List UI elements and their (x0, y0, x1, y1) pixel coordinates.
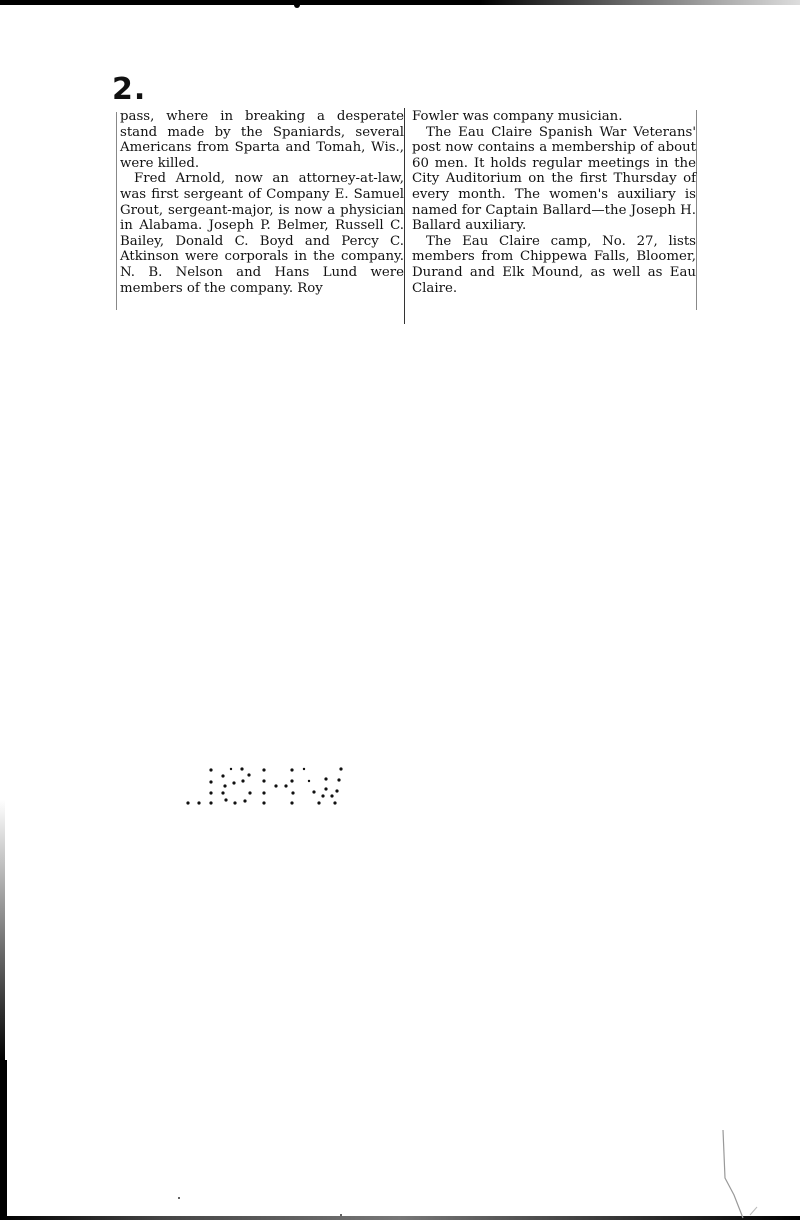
paragraph: The Eau Claire camp, No. 27, lists membe… (412, 234, 696, 296)
paper-crease (720, 1130, 800, 1220)
perforation-stamp (186, 765, 346, 809)
paragraph: Fowler was company musician. (412, 109, 696, 125)
article-column-right: Fowler was company musician. The Eau Cla… (412, 109, 696, 296)
scan-left-edge (0, 1060, 7, 1220)
article-column-left: pass, where in breaking a desperate stan… (120, 109, 404, 296)
scan-speck (340, 1214, 342, 1216)
scan-speck (178, 1197, 180, 1199)
column-rule-middle (404, 108, 405, 324)
scan-artifact (294, 4, 300, 8)
scan-left-edge-fade (0, 800, 5, 1060)
paragraph: pass, where in breaking a desperate stan… (120, 109, 404, 171)
column-rule-left (116, 112, 117, 310)
scan-top-edge (0, 0, 800, 5)
paragraph: Fred Arnold, now an attorney-at-law, was… (120, 171, 404, 296)
paragraph: The Eau Claire Spanish War Veterans' pos… (412, 125, 696, 234)
page-number: 2. (112, 72, 146, 107)
column-rule-right (696, 110, 697, 310)
scan-bottom-edge (0, 1216, 800, 1220)
